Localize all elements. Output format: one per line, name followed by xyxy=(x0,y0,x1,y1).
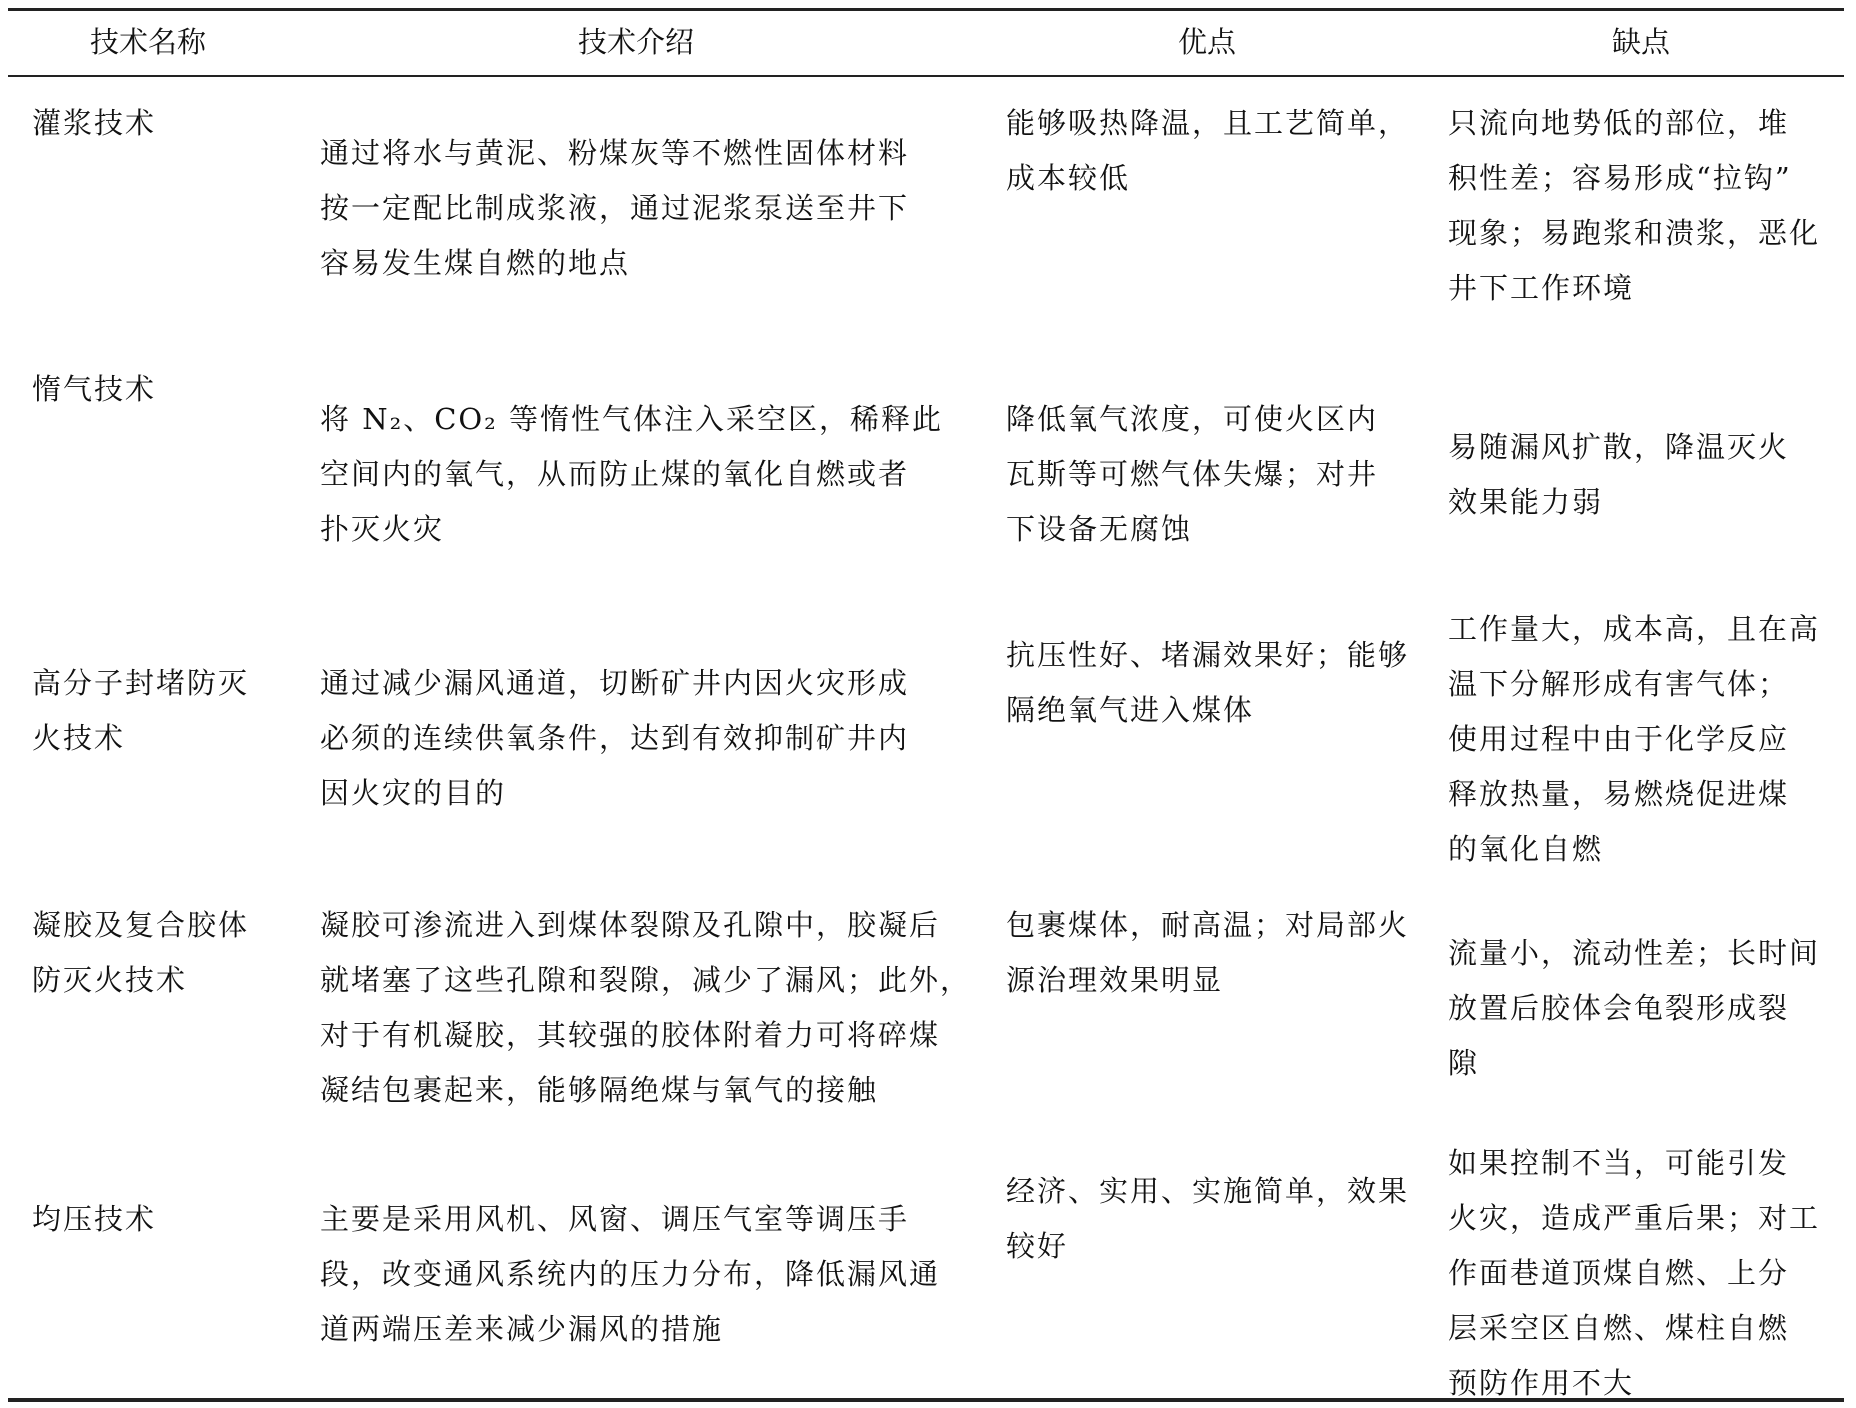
text-line: 隔绝氧气进入煤体 xyxy=(1006,683,1426,738)
header-pros: 优点 xyxy=(1178,22,1236,62)
text-line: 通过将水与黄泥、粉煤灰等不燃性固体材料 xyxy=(320,126,970,181)
text-line: 因火灾的目的 xyxy=(320,766,970,821)
text-line: 高分子封堵防灭 xyxy=(32,656,282,711)
row-5-name: 均压技术 xyxy=(32,1192,282,1247)
row-5-intro: 主要是采用风机、风窗、调压气室等调压手 段，改变通风系统内的压力分布，降低漏风通… xyxy=(320,1192,970,1357)
text-line: 凝胶及复合胶体 xyxy=(32,898,282,953)
text-line: 能够吸热降温，且工艺简单， xyxy=(1006,96,1426,151)
text-line: 流量小，流动性差；长时间 xyxy=(1448,926,1838,981)
text-line: 较好 xyxy=(1006,1219,1426,1274)
text-line: 作面巷道顶煤自燃、上分 xyxy=(1448,1246,1838,1301)
text-line: 段，改变通风系统内的压力分布，降低漏风通 xyxy=(320,1247,970,1302)
header-rule xyxy=(8,75,1844,77)
text-line: 工作量大，成本高，且在高 xyxy=(1448,602,1838,657)
header-cons: 缺点 xyxy=(1612,22,1670,62)
text-line: 使用过程中由于化学反应 xyxy=(1448,712,1838,767)
text-line: 将 N₂、CO₂ 等惰性气体注入采空区，稀释此 xyxy=(320,392,970,447)
text-line: 火灾，造成严重后果；对工 xyxy=(1448,1191,1838,1246)
text-line: 温下分解形成有害气体； xyxy=(1448,657,1838,712)
text-line: 成本较低 xyxy=(1006,151,1426,206)
header-name: 技术名称 xyxy=(90,22,206,62)
text-line: 就堵塞了这些孔隙和裂隙，减少了漏风；此外， xyxy=(320,953,970,1008)
text-line: 隙 xyxy=(1448,1036,1838,1091)
text-line: 灌浆技术 xyxy=(32,96,282,151)
text-line: 火技术 xyxy=(32,711,282,766)
row-4-intro: 凝胶可渗流进入到煤体裂隙及孔隙中，胶凝后 就堵塞了这些孔隙和裂隙，减少了漏风；此… xyxy=(320,898,970,1118)
row-3-name: 高分子封堵防灭 火技术 xyxy=(32,656,282,766)
row-1-intro: 通过将水与黄泥、粉煤灰等不燃性固体材料 按一定配比制成浆液，通过泥浆泵送至井下 … xyxy=(320,126,970,291)
text-line: 主要是采用风机、风窗、调压气室等调压手 xyxy=(320,1192,970,1247)
text-line: 通过减少漏风通道，切断矿井内因火灾形成 xyxy=(320,656,970,711)
text-line: 经济、实用、实施简单，效果 xyxy=(1006,1164,1426,1219)
row-2-intro: 将 N₂、CO₂ 等惰性气体注入采空区，稀释此 空间内的氧气，从而防止煤的氧化自… xyxy=(320,392,970,557)
top-rule xyxy=(8,8,1844,11)
row-1-name: 灌浆技术 xyxy=(32,96,282,151)
text-line: 效果能力弱 xyxy=(1448,475,1838,530)
row-1-cons: 只流向地势低的部位，堆 积性差；容易形成“拉钩” 现象；易跑浆和溃浆，恶化 井下… xyxy=(1448,96,1838,316)
row-3-cons: 工作量大，成本高，且在高 温下分解形成有害气体； 使用过程中由于化学反应 释放热… xyxy=(1448,602,1838,877)
text-line: 道两端压差来减少漏风的措施 xyxy=(320,1302,970,1357)
text-line: 容易发生煤自燃的地点 xyxy=(320,236,970,291)
text-line: 井下工作环境 xyxy=(1448,261,1838,316)
text-line: 积性差；容易形成“拉钩” xyxy=(1448,151,1838,206)
row-2-pros: 降低氧气浓度，可使火区内 瓦斯等可燃气体失爆；对井 下设备无腐蚀 xyxy=(1006,392,1426,557)
text-line: 放置后胶体会龟裂形成裂 xyxy=(1448,981,1838,1036)
text-line: 对于有机凝胶，其较强的胶体附着力可将碎煤 xyxy=(320,1008,970,1063)
text-line: 按一定配比制成浆液，通过泥浆泵送至井下 xyxy=(320,181,970,236)
text-line: 释放热量，易燃烧促进煤 xyxy=(1448,767,1838,822)
text-line: 均压技术 xyxy=(32,1192,282,1247)
row-1-pros: 能够吸热降温，且工艺简单， 成本较低 xyxy=(1006,96,1426,206)
text-line: 防灭火技术 xyxy=(32,953,282,1008)
header-intro: 技术介绍 xyxy=(578,22,694,62)
text-line: 凝结包裹起来，能够隔绝煤与氧气的接触 xyxy=(320,1063,970,1118)
text-line: 易随漏风扩散，降温灭火 xyxy=(1448,420,1838,475)
row-3-intro: 通过减少漏风通道，切断矿井内因火灾形成 必须的连续供氧条件，达到有效抑制矿井内 … xyxy=(320,656,970,821)
text-line: 空间内的氧气，从而防止煤的氧化自燃或者 xyxy=(320,447,970,502)
text-line: 层采空区自燃、煤柱自燃 xyxy=(1448,1301,1838,1356)
text-line: 抗压性好、堵漏效果好；能够 xyxy=(1006,628,1426,683)
text-line: 扑灭火灾 xyxy=(320,502,970,557)
text-line: 凝胶可渗流进入到煤体裂隙及孔隙中，胶凝后 xyxy=(320,898,970,953)
text-line: 瓦斯等可燃气体失爆；对井 xyxy=(1006,447,1426,502)
row-3-pros: 抗压性好、堵漏效果好；能够 隔绝氧气进入煤体 xyxy=(1006,628,1426,738)
row-2-name: 惰气技术 xyxy=(32,362,282,417)
row-4-pros: 包裹煤体，耐高温；对局部火 源治理效果明显 xyxy=(1006,898,1426,1008)
text-line: 包裹煤体，耐高温；对局部火 xyxy=(1006,898,1426,953)
text-line: 必须的连续供氧条件，达到有效抑制矿井内 xyxy=(320,711,970,766)
bottom-rule xyxy=(8,1398,1844,1402)
text-line: 源治理效果明显 xyxy=(1006,953,1426,1008)
row-4-name: 凝胶及复合胶体 防灭火技术 xyxy=(32,898,282,1008)
text-line: 的氧化自燃 xyxy=(1448,822,1838,877)
row-4-cons: 流量小，流动性差；长时间 放置后胶体会龟裂形成裂 隙 xyxy=(1448,926,1838,1091)
text-line: 下设备无腐蚀 xyxy=(1006,502,1426,557)
text-line: 如果控制不当，可能引发 xyxy=(1448,1136,1838,1191)
row-2-cons: 易随漏风扩散，降温灭火 效果能力弱 xyxy=(1448,420,1838,530)
text-line: 降低氧气浓度，可使火区内 xyxy=(1006,392,1426,447)
text-line: 惰气技术 xyxy=(32,362,282,417)
row-5-cons: 如果控制不当，可能引发 火灾，造成严重后果；对工 作面巷道顶煤自燃、上分 层采空… xyxy=(1448,1136,1838,1408)
row-5-pros: 经济、实用、实施简单，效果 较好 xyxy=(1006,1164,1426,1274)
text-line: 只流向地势低的部位，堆 xyxy=(1448,96,1838,151)
text-line: 现象；易跑浆和溃浆，恶化 xyxy=(1448,206,1838,261)
